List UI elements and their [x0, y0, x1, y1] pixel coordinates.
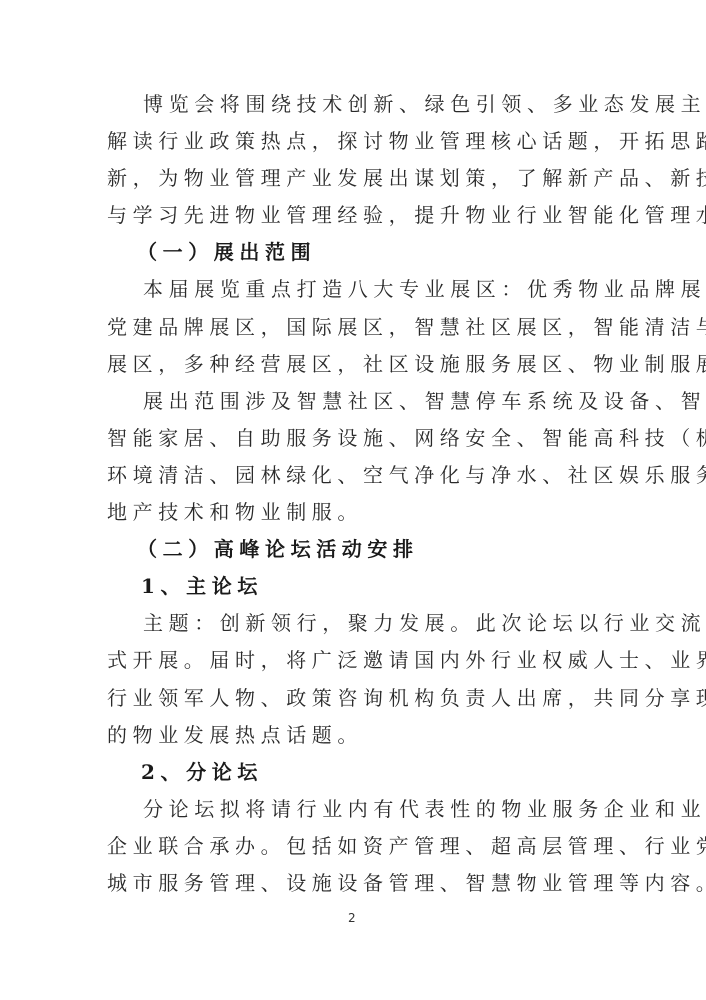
text-line: 地产技术和物业制服。: [107, 494, 607, 531]
text-line: 环境清洁、园林绿化、空气净化与净水、社区娱乐服务设施、房: [107, 457, 607, 494]
text-line: 企业联合承办。包括如资产管理、超高层管理、行业党建工作、: [107, 828, 607, 865]
section-heading-exhibition-scope: （一）展出范围: [107, 234, 607, 271]
text-line: 城市服务管理、设施设备管理、智慧物业管理等内容。: [107, 865, 607, 902]
text-line: 解读行业政策热点，探讨物业管理核心话题，开拓思路，启发创: [107, 123, 607, 160]
subheading-sub-forum: 2、分论坛: [107, 754, 607, 791]
text-line: 主题：创新领行，聚力发展。此次论坛以行业交流为主的形: [107, 605, 607, 642]
subheading-main-forum: 1、主论坛: [107, 568, 607, 605]
document-page: 博览会将围绕技术创新、绿色引领、多业态发展主线，共同 解读行业政策热点，探讨物业…: [107, 86, 607, 902]
paragraph-intro: 博览会将围绕技术创新、绿色引领、多业态发展主线，共同 解读行业政策热点，探讨物业…: [107, 86, 607, 234]
paragraph-sub-forum: 分论坛拟将请行业内有代表性的物业服务企业和业内品牌 企业联合承办。包括如资产管理…: [107, 791, 607, 902]
text-line: 的物业发展热点话题。: [107, 717, 607, 754]
text-line: 党建品牌展区，国际展区，智慧社区展区，智能清洁与园林绿化: [107, 309, 607, 346]
text-line: 式开展。届时，将广泛邀请国内外行业权威人士、业界专家学者、: [107, 642, 607, 679]
text-line: 与学习先进物业管理经验，提升物业行业智能化管理水平。: [107, 197, 607, 234]
text-line: 展出范围涉及智慧社区、智慧停车系统及设备、智能安防、: [107, 383, 607, 420]
text-line: 分论坛拟将请行业内有代表性的物业服务企业和业内品牌: [107, 791, 607, 828]
page-number: 2: [348, 911, 356, 925]
paragraph-exhibition-zones: 本届展览重点打造八大专业展区：优秀物业品牌展区，企业 党建品牌展区，国际展区，智…: [107, 271, 607, 382]
text-line: 新，为物业管理产业发展出谋划策，了解新产品、新技术，交流: [107, 160, 607, 197]
paragraph-exhibition-range: 展出范围涉及智慧社区、智慧停车系统及设备、智能安防、 智能家居、自助服务设施、网…: [107, 383, 607, 531]
text-line: 展区，多种经营展区，社区设施服务展区、物业制服展区。: [107, 346, 607, 383]
text-line: 本届展览重点打造八大专业展区：优秀物业品牌展区，企业: [107, 271, 607, 308]
text-line: 智能家居、自助服务设施、网络安全、智能高科技（机器人）、: [107, 420, 607, 457]
text-line: 博览会将围绕技术创新、绿色引领、多业态发展主线，共同: [107, 86, 607, 123]
paragraph-main-forum: 主题：创新领行，聚力发展。此次论坛以行业交流为主的形 式开展。届时，将广泛邀请国…: [107, 605, 607, 753]
text-line: 行业领军人物、政策咨询机构负责人出席，共同分享现代城市下: [107, 680, 607, 717]
section-heading-forum-schedule: （二）高峰论坛活动安排: [107, 531, 607, 568]
